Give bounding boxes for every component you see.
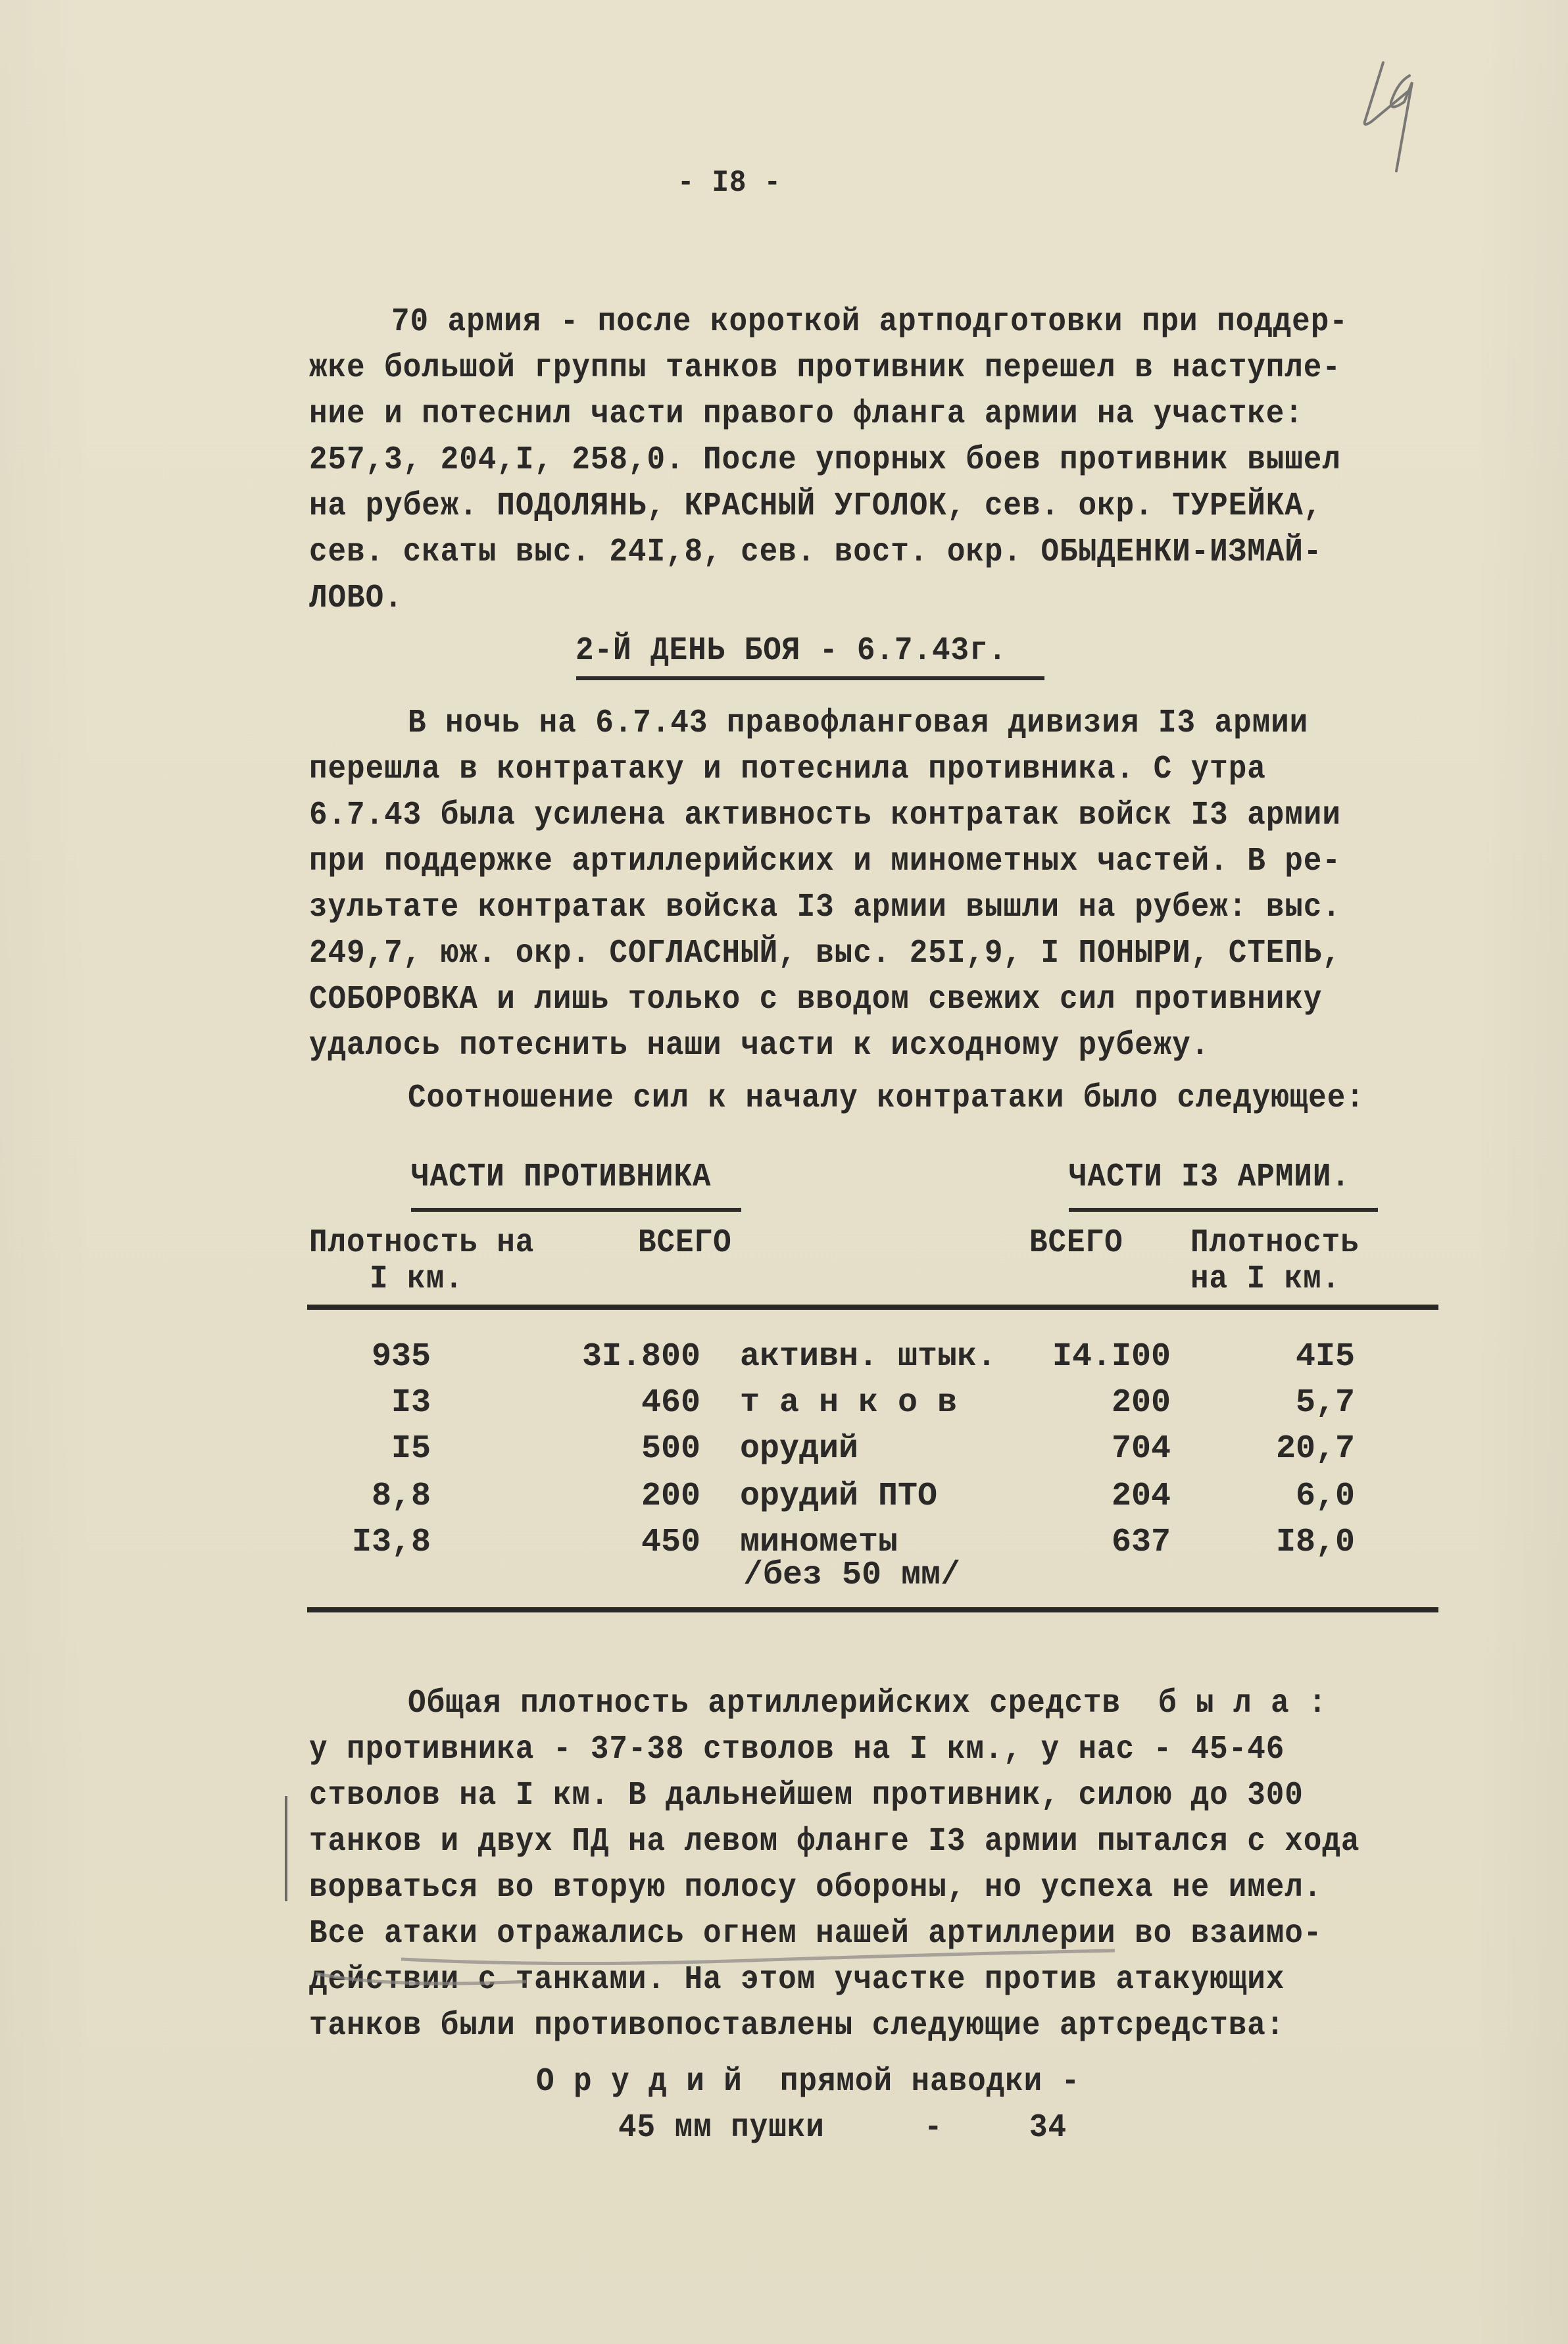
- text-line: В ночь на 6.7.43 правофланговая дивизия …: [408, 707, 1308, 740]
- text-line: перешла в контратаку и потеснила противн…: [309, 753, 1266, 786]
- text-line: сев. скаты выс. 24I,8, сев. вост. окр. О…: [309, 536, 1322, 569]
- group-header-underline: [411, 1208, 741, 1212]
- cell-enemy-total: 500: [641, 1433, 700, 1466]
- cell-enemy-density: I5: [391, 1433, 431, 1466]
- cell-own-total: I4.I00: [1052, 1341, 1171, 1374]
- group-header-underline: [1069, 1208, 1378, 1212]
- text-line: Общая плотность артиллерийских средств б…: [408, 1687, 1327, 1720]
- text-line: при поддержке артиллерийских и минометны…: [309, 845, 1341, 878]
- table-top-rule: [307, 1305, 1438, 1310]
- text-line: стволов на I км. В дальнейшем противник,…: [309, 1780, 1304, 1812]
- col-header-enemy-total: ВСЕГО: [638, 1227, 732, 1260]
- group-header-enemy: ЧАСТИ ПРОТИВНИКА: [411, 1161, 711, 1194]
- cell-category: активн. штык.: [740, 1341, 996, 1374]
- cell-own-density: I8,0: [1276, 1526, 1355, 1559]
- cell-own-total: 204: [1112, 1480, 1171, 1513]
- text-line: жке большой группы танков противник пере…: [309, 352, 1341, 385]
- document-page: 49 - I8 - 70 армия - после короткой артп…: [0, 0, 1568, 2344]
- text-line: у противника - 37-38 стволов на I км., у…: [309, 1733, 1285, 1766]
- page-number: - I8 -: [677, 168, 781, 198]
- table-bottom-rule: [307, 1607, 1438, 1612]
- text-line: 249,7, юж. окр. СОГЛАСНЫЙ, выс. 25I,9, I…: [309, 937, 1341, 970]
- text-line: СОБОРОВКА и лишь только с вводом свежих …: [309, 984, 1322, 1016]
- text-line: ЛОВО.: [309, 582, 403, 615]
- cell-category: орудий ПТО: [740, 1480, 937, 1513]
- text-line: ние и потеснил части правого фланга арми…: [309, 398, 1304, 431]
- weapon-count: 34: [1029, 2112, 1067, 2145]
- handwritten-sheet-number: [1352, 56, 1424, 174]
- text-line: Все атаки отражались огнем нашей артилле…: [309, 1918, 1322, 1951]
- cell-enemy-total: 450: [641, 1526, 700, 1559]
- text-line: зультате контратак войска I3 армии вышли…: [309, 891, 1341, 924]
- col-header-own-density: Плотность: [1190, 1227, 1360, 1260]
- text-line: 70 армия - после короткой артподготовки …: [391, 306, 1348, 339]
- cell-enemy-density: 935: [372, 1341, 431, 1374]
- pencil-underline: [289, 1947, 1473, 1987]
- weapon-name: 45 мм пушки: [618, 2112, 825, 2145]
- cell-own-total: 704: [1112, 1433, 1171, 1466]
- text-line: танков были противопоставлены следующие …: [309, 2010, 1285, 2043]
- cell-own-density: 4I5: [1296, 1341, 1355, 1374]
- col-header-own-total: ВСЕГО: [1029, 1227, 1123, 1260]
- cell-enemy-density: I3: [391, 1387, 431, 1420]
- text-line: на рубеж. ПОДОЛЯНЬ, КРАСНЫЙ УГОЛОК, сев.…: [309, 490, 1322, 523]
- cell-enemy-total: 200: [641, 1480, 700, 1513]
- cell-own-density: 20,7: [1276, 1433, 1355, 1466]
- cell-category: минометы: [740, 1526, 898, 1559]
- cell-category: т а н к о в: [740, 1387, 957, 1420]
- text-line: 257,3, 204,I, 258,0. После упорных боев …: [309, 444, 1341, 477]
- col-header-enemy-density: Плотность на: [309, 1227, 534, 1260]
- cell-own-density: 5,7: [1296, 1387, 1355, 1420]
- cell-enemy-density: I3,8: [352, 1526, 431, 1559]
- text-line: Соотношение сил к началу контратаки было…: [408, 1082, 1365, 1115]
- section-heading: 2-Й ДЕНЬ БОЯ - 6.7.43г.: [576, 635, 1007, 668]
- col-header-enemy-density-2: I км.: [370, 1263, 464, 1296]
- weapon-separator: -: [924, 2112, 943, 2145]
- col-header-own-density-2: на I км.: [1190, 1263, 1340, 1296]
- direct-fire-title: О р у д и й прямой наводки -: [536, 2066, 1080, 2099]
- cell-enemy-density: 8,8: [372, 1480, 431, 1513]
- heading-underline: [576, 676, 1044, 680]
- cell-own-total: 637: [1112, 1526, 1171, 1559]
- text-line: удалось потеснить наши части к исходному…: [309, 1030, 1210, 1062]
- text-line: 6.7.43 была усилена активность контратак…: [309, 799, 1341, 832]
- text-line: танков и двух ПД на левом фланге I3 арми…: [309, 1826, 1360, 1858]
- text-line: ворваться во вторую полосу обороны, но у…: [309, 1872, 1322, 1905]
- margin-pencil-mark: [285, 1796, 287, 1901]
- cell-enemy-total: 460: [641, 1387, 700, 1420]
- cell-own-total: 200: [1112, 1387, 1171, 1420]
- cell-enemy-total: 3I.800: [582, 1341, 700, 1374]
- cell-category: орудий: [740, 1433, 858, 1466]
- cell-own-density: 6,0: [1296, 1480, 1355, 1513]
- group-header-own: ЧАСТИ I3 АРМИИ.: [1069, 1161, 1350, 1194]
- cell-category: /без 50 мм/: [743, 1559, 960, 1592]
